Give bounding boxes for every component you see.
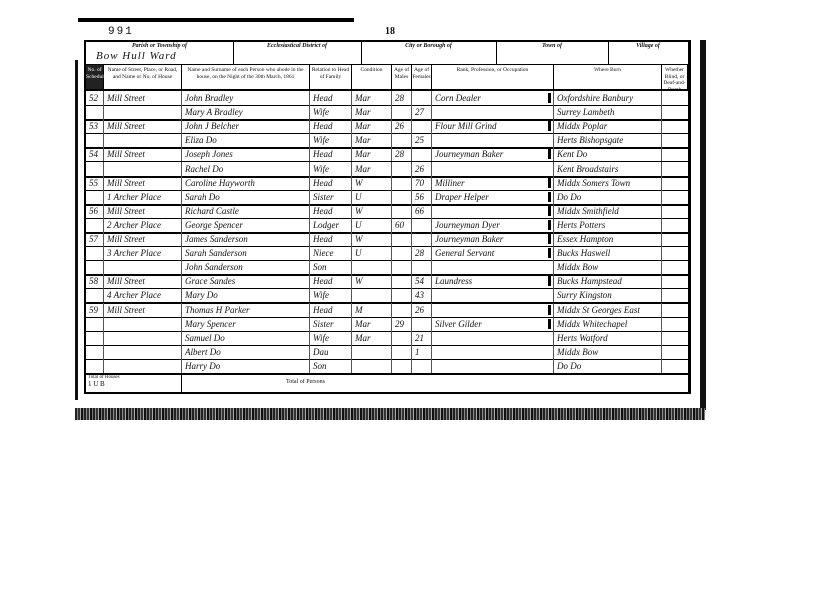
name-cell: Sarah Sanderson bbox=[182, 246, 310, 260]
enumerator-tick-mark bbox=[548, 305, 551, 315]
schedule-cell: 58 bbox=[86, 274, 104, 288]
condition-cell bbox=[352, 345, 392, 359]
male-age-cell bbox=[392, 232, 412, 246]
col-condition: Condition bbox=[352, 65, 392, 89]
condition-cell: Mar bbox=[352, 147, 392, 161]
header-fields: Parish or Township of Bow Hull Ward Eccl… bbox=[86, 42, 688, 65]
blind-deaf-cell bbox=[662, 204, 688, 218]
village-label: Village of bbox=[636, 43, 660, 49]
condition-cell: Mar bbox=[352, 162, 392, 176]
enumerator-tick-mark bbox=[548, 121, 551, 131]
condition-cell: U bbox=[352, 246, 392, 260]
relation-cell: Head bbox=[310, 119, 352, 133]
parish-label: Parish or Township of bbox=[132, 43, 187, 49]
where-born-cell: Middx St Georges East bbox=[554, 303, 662, 317]
address-cell bbox=[104, 317, 182, 331]
parish-value: Bow Hull Ward bbox=[96, 52, 177, 61]
blind-deaf-cell bbox=[662, 162, 688, 176]
scan-right-edge bbox=[700, 40, 706, 410]
relation-cell: Wife bbox=[310, 162, 352, 176]
male-age-cell bbox=[392, 260, 412, 274]
blind-deaf-cell bbox=[662, 133, 688, 147]
table-row: 58Mill StreetGrace SandesHeadW54Laundres… bbox=[86, 274, 688, 289]
enumerator-tick-mark bbox=[548, 248, 551, 258]
male-age-cell bbox=[392, 303, 412, 317]
relation-cell: Dau bbox=[310, 345, 352, 359]
schedule-cell bbox=[86, 246, 104, 260]
occupation-cell: Laundress bbox=[432, 274, 554, 288]
table-row: Harry DoSonDo Do bbox=[86, 359, 688, 374]
female-age-cell: 66 bbox=[412, 204, 432, 218]
where-born-cell: Herts Potters bbox=[554, 218, 662, 232]
occupation-cell: Journeyman Dyer bbox=[432, 218, 554, 232]
blind-deaf-cell bbox=[662, 176, 688, 190]
female-age-cell bbox=[412, 91, 432, 105]
where-born-cell: Middx Whitechapel bbox=[554, 317, 662, 331]
table-row: 52Mill StreetJohn BradleyHeadMar28Corn D… bbox=[86, 91, 688, 106]
female-age-cell: 1 bbox=[412, 345, 432, 359]
where-born-cell: Oxfordshire Banbury bbox=[554, 91, 662, 105]
condition-cell: Mar bbox=[352, 317, 392, 331]
total-houses: Total of Houses 1 U B bbox=[86, 375, 182, 393]
col-relation: Relation to Head of Family bbox=[310, 65, 352, 89]
village-field: Village of bbox=[608, 42, 688, 64]
address-cell bbox=[104, 260, 182, 274]
enumerator-tick-mark bbox=[548, 234, 551, 244]
schedule-cell: 56 bbox=[86, 204, 104, 218]
name-cell: Mary A Bradley bbox=[182, 105, 310, 119]
scan-left-edge bbox=[75, 60, 78, 400]
schedule-cell bbox=[86, 133, 104, 147]
relation-cell: Lodger bbox=[310, 218, 352, 232]
col-name: Name and Surname of each Person who abod… bbox=[182, 65, 310, 89]
condition-cell: Mar bbox=[352, 91, 392, 105]
blind-deaf-cell bbox=[662, 190, 688, 204]
schedule-cell bbox=[86, 105, 104, 119]
where-born-cell: Kent Do bbox=[554, 147, 662, 161]
condition-cell: Mar bbox=[352, 133, 392, 147]
where-born-cell: Essex Hampton bbox=[554, 232, 662, 246]
where-born-cell: Middx Bow bbox=[554, 345, 662, 359]
relation-cell: Niece bbox=[310, 246, 352, 260]
condition-cell: W bbox=[352, 232, 392, 246]
city-borough-field: City or Borough of bbox=[361, 42, 497, 64]
occupation-cell bbox=[432, 303, 554, 317]
blind-deaf-cell bbox=[662, 105, 688, 119]
relation-cell: Head bbox=[310, 303, 352, 317]
female-age-cell bbox=[412, 317, 432, 331]
table-row: 56Mill StreetRichard CastleHeadW66Middx … bbox=[86, 204, 688, 219]
where-born-cell: Middx Smithfield bbox=[554, 204, 662, 218]
male-age-cell bbox=[392, 204, 412, 218]
occupation-cell bbox=[432, 331, 554, 345]
address-cell: Mill Street bbox=[104, 274, 182, 288]
schedule-cell: 57 bbox=[86, 232, 104, 246]
col-age-females: Age of Females bbox=[412, 65, 432, 89]
address-cell: Mill Street bbox=[104, 176, 182, 190]
table-row: 54Mill StreetJoseph JonesHeadMar28Journe… bbox=[86, 147, 688, 162]
female-age-cell bbox=[412, 147, 432, 161]
schedule-cell bbox=[86, 288, 104, 302]
address-cell: Mill Street bbox=[104, 303, 182, 317]
female-age-cell bbox=[412, 260, 432, 274]
address-cell bbox=[104, 162, 182, 176]
col-blind-deaf: Whether Blind, or Deaf-and-Dumb bbox=[662, 65, 688, 89]
female-age-cell: 26 bbox=[412, 303, 432, 317]
blind-deaf-cell bbox=[662, 331, 688, 345]
occupation-cell: Draper Helper bbox=[432, 190, 554, 204]
name-cell: John Sanderson bbox=[182, 260, 310, 274]
address-cell bbox=[104, 105, 182, 119]
male-age-cell bbox=[392, 359, 412, 373]
female-age-cell bbox=[412, 359, 432, 373]
blind-deaf-cell bbox=[662, 147, 688, 161]
where-born-cell: Middx Somers Town bbox=[554, 176, 662, 190]
name-cell: James Sanderson bbox=[182, 232, 310, 246]
blind-deaf-cell bbox=[662, 119, 688, 133]
relation-cell: Wife bbox=[310, 288, 352, 302]
relation-cell: Head bbox=[310, 274, 352, 288]
occupation-cell: Milliner bbox=[432, 176, 554, 190]
blind-deaf-cell bbox=[662, 288, 688, 302]
col-where-born: Where Born bbox=[554, 65, 662, 89]
address-cell: 1 Archer Place bbox=[104, 190, 182, 204]
schedule-cell: 55 bbox=[86, 176, 104, 190]
relation-cell: Head bbox=[310, 91, 352, 105]
female-age-cell: 54 bbox=[412, 274, 432, 288]
female-age-cell: 26 bbox=[412, 162, 432, 176]
occupation-cell bbox=[432, 288, 554, 302]
occupation-cell: Journeyman Baker bbox=[432, 147, 554, 161]
blind-deaf-cell bbox=[662, 260, 688, 274]
total-houses-values: 1 U B bbox=[88, 380, 105, 388]
table-row: 3 Archer PlaceSarah SandersonNieceU28Gen… bbox=[86, 246, 688, 261]
relation-cell: Wife bbox=[310, 331, 352, 345]
female-age-cell: 56 bbox=[412, 190, 432, 204]
female-age-cell: 27 bbox=[412, 105, 432, 119]
relation-cell: Head bbox=[310, 204, 352, 218]
name-cell: Albert Do bbox=[182, 345, 310, 359]
name-cell: Mary Spencer bbox=[182, 317, 310, 331]
occupation-cell bbox=[432, 204, 554, 218]
enumerator-tick-mark bbox=[548, 206, 551, 216]
schedule-cell bbox=[86, 190, 104, 204]
schedule-cell: 59 bbox=[86, 303, 104, 317]
address-cell: 2 Archer Place bbox=[104, 218, 182, 232]
male-age-cell bbox=[392, 105, 412, 119]
name-cell: Rachel Do bbox=[182, 162, 310, 176]
male-age-cell bbox=[392, 288, 412, 302]
enumerator-tick-mark bbox=[548, 319, 551, 329]
name-cell: George Spencer bbox=[182, 218, 310, 232]
schedule-cell: 54 bbox=[86, 147, 104, 161]
relation-cell: Head bbox=[310, 176, 352, 190]
scan-bottom-noise bbox=[75, 408, 705, 420]
condition-cell bbox=[352, 260, 392, 274]
male-age-cell bbox=[392, 345, 412, 359]
occupation-cell: Flour Mill Grind bbox=[432, 119, 554, 133]
address-cell: Mill Street bbox=[104, 147, 182, 161]
male-age-cell bbox=[392, 162, 412, 176]
enumerator-tick-mark bbox=[548, 276, 551, 286]
female-age-cell: 25 bbox=[412, 133, 432, 147]
schedule-cell bbox=[86, 359, 104, 373]
male-age-cell: 26 bbox=[392, 119, 412, 133]
female-age-cell: 70 bbox=[412, 176, 432, 190]
col-schedule: No. of Schedule bbox=[86, 65, 104, 89]
condition-cell: W bbox=[352, 274, 392, 288]
address-cell: Mill Street bbox=[104, 119, 182, 133]
address-cell: Mill Street bbox=[104, 232, 182, 246]
blind-deaf-cell bbox=[662, 218, 688, 232]
enumerator-tick-mark bbox=[548, 149, 551, 159]
address-cell bbox=[104, 133, 182, 147]
schedule-cell bbox=[86, 162, 104, 176]
where-born-cell: Middx Poplar bbox=[554, 119, 662, 133]
enumerator-tick-mark bbox=[548, 93, 551, 103]
where-born-cell: Do Do bbox=[554, 359, 662, 373]
male-age-cell bbox=[392, 133, 412, 147]
occupation-cell: Silver Gilder bbox=[432, 317, 554, 331]
name-cell: Grace Sandes bbox=[182, 274, 310, 288]
column-headers: No. of Schedule Name of Street, Place, o… bbox=[86, 65, 688, 91]
schedule-cell bbox=[86, 218, 104, 232]
relation-cell: Wife bbox=[310, 105, 352, 119]
where-born-cell: Surrey Lambeth bbox=[554, 105, 662, 119]
name-cell: John Bradley bbox=[182, 91, 310, 105]
name-cell: Mary Do bbox=[182, 288, 310, 302]
male-age-cell bbox=[392, 190, 412, 204]
blind-deaf-cell bbox=[662, 359, 688, 373]
blind-deaf-cell bbox=[662, 345, 688, 359]
table-row: Albert DoDau1Middx Bow bbox=[86, 345, 688, 360]
name-cell: Eliza Do bbox=[182, 133, 310, 147]
blind-deaf-cell bbox=[662, 232, 688, 246]
relation-cell: Sister bbox=[310, 190, 352, 204]
blind-deaf-cell bbox=[662, 317, 688, 331]
address-cell: 3 Archer Place bbox=[104, 246, 182, 260]
scan-top-border bbox=[78, 18, 354, 22]
folio-stamp: 18 bbox=[385, 26, 395, 37]
female-age-cell bbox=[412, 119, 432, 133]
female-age-cell bbox=[412, 232, 432, 246]
condition-cell: M bbox=[352, 303, 392, 317]
where-born-cell: Kent Broadstairs bbox=[554, 162, 662, 176]
enumerator-tick-mark bbox=[548, 192, 551, 202]
female-age-cell: 28 bbox=[412, 246, 432, 260]
col-age-males: Age of Males bbox=[392, 65, 412, 89]
condition-cell bbox=[352, 288, 392, 302]
female-age-cell: 21 bbox=[412, 331, 432, 345]
occupation-cell bbox=[432, 260, 554, 274]
condition-cell bbox=[352, 359, 392, 373]
where-born-cell: Herts Watford bbox=[554, 331, 662, 345]
schedule-cell: 52 bbox=[86, 91, 104, 105]
where-born-cell: Middx Bow bbox=[554, 260, 662, 274]
eccl-district-label: Ecclesiastical District of bbox=[267, 43, 327, 49]
address-cell: Mill Street bbox=[104, 204, 182, 218]
condition-cell: Mar bbox=[352, 105, 392, 119]
condition-cell: Mar bbox=[352, 119, 392, 133]
name-cell: John J Belcher bbox=[182, 119, 310, 133]
name-cell: Caroline Hayworth bbox=[182, 176, 310, 190]
table-row: 59Mill StreetThomas H ParkerHeadM26Middx… bbox=[86, 303, 688, 318]
city-borough-label: City or Borough of bbox=[405, 43, 452, 49]
col-address: Name of Street, Place, or Road, and Name… bbox=[104, 65, 182, 89]
schedule-cell bbox=[86, 317, 104, 331]
male-age-cell: 29 bbox=[392, 317, 412, 331]
occupation-cell bbox=[432, 162, 554, 176]
condition-cell: Mar bbox=[352, 331, 392, 345]
female-age-cell: 43 bbox=[412, 288, 432, 302]
occupation-cell bbox=[432, 359, 554, 373]
female-age-cell bbox=[412, 218, 432, 232]
total-persons-label: Total of Persons bbox=[286, 379, 325, 385]
table-row: 57Mill StreetJames SandersonHeadWJourney… bbox=[86, 232, 688, 247]
enumerator-tick-mark bbox=[548, 178, 551, 188]
occupation-cell: General Servant bbox=[432, 246, 554, 260]
town-field: Town of bbox=[496, 42, 609, 64]
name-cell: Samuel Do bbox=[182, 331, 310, 345]
town-label: Town of bbox=[542, 43, 562, 49]
page-number: 991 bbox=[108, 26, 134, 38]
address-cell bbox=[104, 331, 182, 345]
address-cell: 4 Archer Place bbox=[104, 288, 182, 302]
where-born-cell: Bucks Hampstead bbox=[554, 274, 662, 288]
sheet-footer: Total of Houses 1 U B Total of Persons bbox=[86, 374, 688, 393]
condition-cell: W bbox=[352, 204, 392, 218]
table-row: Mary SpencerSisterMar29Silver GilderMidd… bbox=[86, 317, 688, 332]
table-row: 55Mill StreetCaroline HayworthHeadW70Mil… bbox=[86, 176, 688, 191]
male-age-cell: 60 bbox=[392, 218, 412, 232]
condition-cell: W bbox=[352, 176, 392, 190]
relation-cell: Head bbox=[310, 232, 352, 246]
occupation-cell: Corn Dealer bbox=[432, 91, 554, 105]
name-cell: Thomas H Parker bbox=[182, 303, 310, 317]
name-cell: Joseph Jones bbox=[182, 147, 310, 161]
relation-cell: Son bbox=[310, 260, 352, 274]
blind-deaf-cell bbox=[662, 246, 688, 260]
occupation-cell bbox=[432, 133, 554, 147]
where-born-cell: Surry Kingston bbox=[554, 288, 662, 302]
where-born-cell: Bucks Haswell bbox=[554, 246, 662, 260]
schedule-cell bbox=[86, 260, 104, 274]
enumerator-tick-mark bbox=[548, 220, 551, 230]
blind-deaf-cell bbox=[662, 274, 688, 288]
occupation-cell: Journeyman Baker bbox=[432, 232, 554, 246]
address-cell bbox=[104, 345, 182, 359]
relation-cell: Wife bbox=[310, 133, 352, 147]
male-age-cell bbox=[392, 246, 412, 260]
occupation-cell bbox=[432, 345, 554, 359]
blind-deaf-cell bbox=[662, 91, 688, 105]
schedule-cell bbox=[86, 331, 104, 345]
blind-deaf-cell bbox=[662, 303, 688, 317]
name-cell: Harry Do bbox=[182, 359, 310, 373]
schedule-cell bbox=[86, 345, 104, 359]
col-occupation: Rank, Profession, or Occupation bbox=[432, 65, 554, 89]
name-cell: Richard Castle bbox=[182, 204, 310, 218]
table-row: Samuel DoWifeMar21Herts Watford bbox=[86, 331, 688, 346]
male-age-cell bbox=[392, 331, 412, 345]
where-born-cell: Do Do bbox=[554, 190, 662, 204]
male-age-cell bbox=[392, 274, 412, 288]
address-cell: Mill Street bbox=[104, 91, 182, 105]
relation-cell: Sister bbox=[310, 317, 352, 331]
male-age-cell: 28 bbox=[392, 91, 412, 105]
name-cell: Sarah Do bbox=[182, 190, 310, 204]
address-cell bbox=[104, 359, 182, 373]
condition-cell: U bbox=[352, 218, 392, 232]
eccl-district-field: Ecclesiastical District of bbox=[233, 42, 362, 64]
parish-field: Parish or Township of Bow Hull Ward bbox=[86, 42, 234, 64]
condition-cell: U bbox=[352, 190, 392, 204]
census-sheet: Parish or Township of Bow Hull Ward Eccl… bbox=[84, 40, 691, 394]
relation-cell: Son bbox=[310, 359, 352, 373]
relation-cell: Head bbox=[310, 147, 352, 161]
male-age-cell: 28 bbox=[392, 147, 412, 161]
table-row: 53Mill StreetJohn J BelcherHeadMar26Flou… bbox=[86, 119, 688, 134]
where-born-cell: Herts Bishopsgate bbox=[554, 133, 662, 147]
schedule-cell: 53 bbox=[86, 119, 104, 133]
male-age-cell bbox=[392, 176, 412, 190]
occupation-cell bbox=[432, 105, 554, 119]
